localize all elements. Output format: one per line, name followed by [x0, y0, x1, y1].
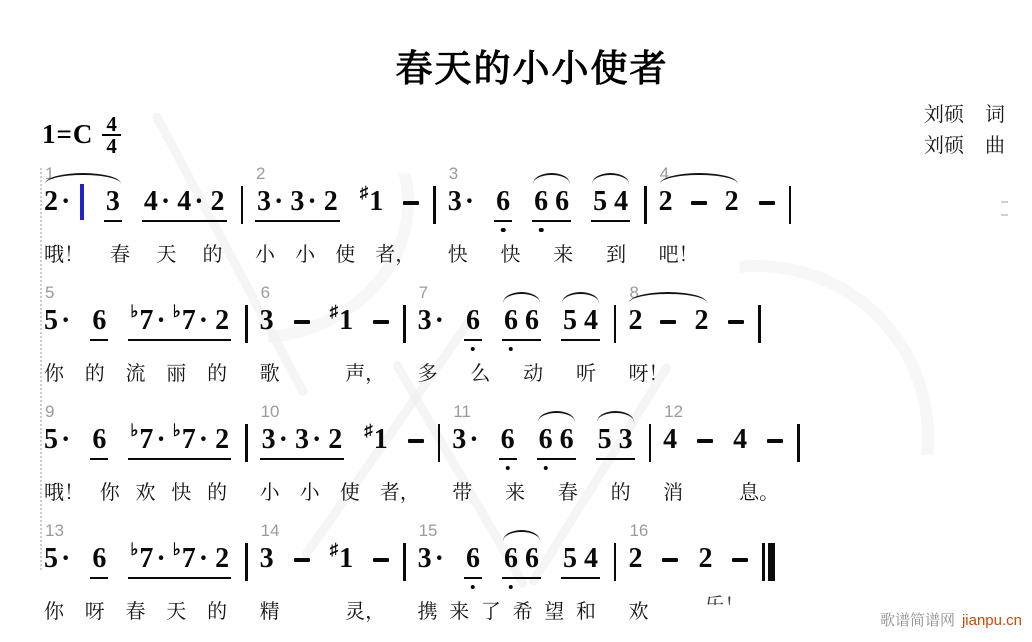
low-octave-dot	[543, 466, 548, 471]
lyric: 小	[260, 476, 280, 505]
lyric: 欢	[628, 595, 648, 624]
notes-row: 44	[663, 424, 783, 464]
note: 4	[584, 305, 598, 337]
note-digit: 2	[659, 186, 673, 218]
low-octave-dot	[509, 347, 514, 352]
underlined-run: 6	[494, 186, 512, 222]
low-octave-dot	[505, 466, 510, 471]
note: 2	[215, 543, 229, 575]
measure-number: 10	[261, 402, 280, 422]
duration-dash	[294, 320, 310, 324]
notes-row: 3♯1	[260, 305, 390, 345]
note-digit: 1	[369, 186, 383, 218]
note: 4	[663, 424, 677, 456]
key-time-signature: 1=C 4 4	[42, 113, 121, 155]
duration-dash	[691, 201, 707, 205]
note: 5·	[44, 305, 70, 337]
flat-icon: ♭	[130, 303, 138, 320]
slurred-note-group: 66	[502, 543, 541, 579]
note: ♭7·	[130, 424, 165, 456]
dot-after: ·	[435, 305, 444, 337]
lyrics-row: 带来春的	[452, 476, 634, 505]
note: ♭7·	[173, 305, 208, 337]
measure-7: 73·66654多么动听	[418, 283, 600, 386]
note: 3·	[452, 424, 478, 456]
dot-after: ·	[156, 543, 165, 575]
lyric: 来	[449, 595, 469, 624]
note: 2	[215, 305, 229, 337]
underlined-run: 3·3·2	[255, 186, 340, 222]
barline	[438, 424, 441, 462]
lyric: 使	[335, 238, 355, 267]
note-run	[767, 424, 783, 443]
underlined-run: 4·4·2	[142, 186, 227, 222]
note-digit: 6	[501, 424, 515, 456]
measure-15: 153·66654携来了希望和	[418, 521, 600, 624]
slurred-note-group: 2·3	[44, 186, 122, 222]
note: ♯1	[360, 186, 384, 218]
note-group: 6	[90, 424, 108, 460]
note-digit: 6	[560, 424, 574, 456]
lyrics-row: 吧！	[659, 238, 775, 267]
note-digit: 6	[466, 543, 480, 575]
lyric: 者，	[375, 238, 415, 267]
note: 6	[525, 305, 539, 337]
note-digit: 2	[628, 305, 642, 337]
dot-after: ·	[307, 186, 316, 218]
note-run	[408, 424, 424, 443]
underlined-run: 66	[502, 305, 541, 341]
note-digit: 3	[418, 305, 432, 337]
note-digit: 7	[139, 424, 153, 456]
dot-after: ·	[465, 186, 474, 218]
dot-after: ·	[199, 543, 208, 575]
lyric: 声，	[345, 357, 385, 386]
note: 6	[560, 424, 574, 456]
note-digit: 6	[504, 543, 518, 575]
time-signature: 4 4	[102, 115, 121, 155]
underlined-run: 54	[591, 186, 630, 222]
note-digit: 2	[215, 305, 229, 337]
note-group: 3·	[448, 186, 474, 218]
underlined-run: 66	[532, 186, 571, 222]
underlined-run: 54	[561, 305, 600, 341]
note-digit: 7	[139, 305, 153, 337]
underlined-run: 54	[561, 543, 600, 579]
note-run	[728, 305, 744, 324]
note-run	[759, 186, 775, 205]
note-digit: 7	[182, 305, 196, 337]
time-signature-denominator: 4	[106, 136, 117, 155]
site-url-link[interactable]: jianpu.cn	[962, 612, 1022, 629]
note-group: ♭7·♭7·2	[128, 424, 231, 460]
note-digit: 2	[725, 186, 739, 218]
note-group: 4	[733, 424, 747, 456]
lyric: 者，	[380, 476, 420, 505]
lyrics-row: 呀！	[628, 357, 744, 386]
note-group	[697, 424, 713, 443]
duration-dash	[732, 558, 748, 562]
note: 3·	[257, 186, 283, 218]
notes-row: 3♯1	[260, 543, 390, 583]
measure-number: 9	[45, 402, 54, 422]
note-group: 54	[561, 543, 600, 579]
note-digit: 6	[525, 305, 539, 337]
note-digit: 2	[698, 543, 712, 575]
note: 6	[496, 186, 510, 218]
note-digit: 3	[619, 424, 633, 456]
note: 5	[563, 543, 577, 575]
note-digit: 4	[663, 424, 677, 456]
note: ♭7·	[130, 543, 165, 575]
lyrics-row: 歌声，	[260, 357, 390, 386]
lyric: 的	[207, 357, 227, 386]
note: ♭7·	[130, 305, 165, 337]
note: 2	[698, 543, 712, 575]
notes-row: 3·3·2♯1	[255, 186, 419, 226]
measure-number: 3	[449, 164, 458, 184]
measure-13: 135·6♭7·♭7·2你呀春天的	[44, 521, 231, 624]
dot-after: ·	[194, 186, 203, 218]
lyric: 望	[544, 595, 564, 624]
note-digit: 6	[496, 186, 510, 218]
lyric: 春	[110, 238, 130, 267]
note: 6	[504, 543, 518, 575]
lyric: 来	[553, 238, 573, 267]
note-group	[732, 543, 748, 562]
note-digit: 7	[182, 543, 196, 575]
note: 2·	[44, 186, 70, 218]
lyric: 多	[418, 357, 438, 386]
underlined-run: 6	[464, 543, 482, 579]
duration-dash	[373, 320, 389, 324]
lyric: 呀！	[628, 357, 668, 386]
note-run: ♯1	[360, 186, 384, 218]
lyric: 的	[611, 476, 631, 505]
barline	[797, 424, 800, 462]
dot-after: ·	[279, 424, 288, 456]
lyric: 春	[126, 595, 146, 624]
lyric: 流	[126, 357, 146, 386]
lyric: 丽	[166, 357, 186, 386]
lyric: 希	[513, 595, 533, 624]
note-digit: 6	[539, 424, 553, 456]
lyrics-row: 小小使者，	[255, 238, 419, 267]
note-digit: 6	[555, 186, 569, 218]
lyric: 灵，	[345, 595, 385, 624]
measure-11: 113·66653带来春的	[452, 402, 634, 505]
note-group	[662, 543, 678, 562]
duration-dash	[697, 439, 713, 443]
underlined-run: 66	[502, 543, 541, 579]
lyric: 欢	[136, 476, 156, 505]
measure-number: 12	[664, 402, 683, 422]
note-group: ♭7·♭7·2	[128, 305, 231, 341]
note-digit: 2	[211, 186, 225, 218]
flat-icon: ♭	[130, 422, 138, 439]
site-name: 歌谱简谱网	[880, 609, 955, 630]
note: 6	[501, 424, 515, 456]
measure-1: 12·34·4·2哦！春天的	[44, 164, 227, 267]
note: 2	[324, 186, 338, 218]
dot-after: ·	[156, 424, 165, 456]
note-run: 2	[698, 543, 712, 575]
note-run: 22	[659, 186, 739, 218]
underlined-run: 53	[596, 424, 635, 460]
underlined-run: 6	[90, 543, 108, 579]
lyric: 哦！	[44, 476, 84, 505]
note: ♭7·	[173, 543, 208, 575]
lyric: 哦！	[44, 238, 84, 267]
dot-after: ·	[312, 424, 321, 456]
playback-cursor	[80, 184, 84, 220]
measure-12: 1244消息。	[663, 402, 783, 505]
note: 5	[563, 305, 577, 337]
lyric: 动	[523, 357, 543, 386]
note: 3·	[418, 305, 444, 337]
slurred-note-group: 66	[502, 305, 541, 341]
note-group	[408, 424, 424, 443]
note-digit: 2	[628, 543, 642, 575]
notes-row: 5·6♭7·♭7·2	[44, 543, 231, 583]
lyric: 的	[203, 238, 223, 267]
note-run: ♯1	[330, 543, 354, 575]
note-digit: 6	[525, 543, 539, 575]
notes-row: 3·66653	[452, 424, 634, 464]
lyrics-row: 哦！你欢快的	[44, 476, 231, 505]
barline	[649, 424, 652, 462]
dot-after: ·	[274, 186, 283, 218]
note-group	[767, 424, 783, 443]
note-digit: 4	[614, 186, 628, 218]
barline	[245, 543, 248, 581]
lyrics-row: 多么动听	[418, 357, 600, 386]
dot-after: ·	[435, 543, 444, 575]
note-group: ♯1	[330, 543, 354, 575]
notes-row: 22	[628, 305, 744, 345]
barline	[403, 305, 406, 343]
lyric: 歌	[260, 357, 280, 386]
notes-row: 3·66654	[418, 543, 600, 583]
note-digit: 1	[374, 424, 388, 456]
note-digit: 4	[584, 305, 598, 337]
duration-dash	[294, 558, 310, 562]
flat-icon: ♭	[173, 303, 181, 320]
final-barline	[762, 543, 775, 581]
note: 3	[260, 543, 274, 575]
lyrics-row: 欢乐！	[628, 595, 748, 624]
note-digit: 2	[328, 424, 342, 456]
barline	[789, 186, 792, 224]
low-octave-dot	[501, 228, 506, 233]
edge-artifact	[1001, 214, 1008, 216]
lyric: 使	[340, 476, 360, 505]
final-barline-thin	[762, 543, 765, 581]
lyrics-row: 携来了希望和	[418, 595, 600, 624]
dot-after: ·	[199, 424, 208, 456]
note-digit: 5	[563, 305, 577, 337]
barline	[245, 424, 248, 462]
note-digit: 3	[260, 305, 274, 337]
note-digit: 5	[563, 543, 577, 575]
lyric: 的	[85, 357, 105, 386]
duration-dash	[403, 201, 419, 205]
measure-9: 95·6♭7·♭7·2哦！你欢快的	[44, 402, 231, 505]
lyric: 你	[100, 476, 120, 505]
dot-after: ·	[61, 543, 70, 575]
note-run	[294, 305, 310, 324]
note-group: ♯1	[360, 186, 384, 218]
note-run: ♯1	[330, 305, 354, 337]
note-group: 3·3·2	[255, 186, 340, 222]
underlined-run: 6	[499, 424, 517, 460]
note-digit: 6	[504, 305, 518, 337]
note: 6	[555, 186, 569, 218]
flat-icon: ♭	[173, 541, 181, 558]
note: 5·	[44, 424, 70, 456]
lyric: 天	[156, 238, 176, 267]
measure-number: 14	[261, 521, 280, 541]
lyric: 小	[300, 476, 320, 505]
note-run	[373, 543, 389, 562]
score-line-3: 95·6♭7·♭7·2哦！你欢快的103·3·2♯1小小使者，113·66653…	[44, 402, 812, 505]
note-digit: 7	[182, 424, 196, 456]
note-run: ♯1	[364, 424, 388, 456]
score-line-4: 135·6♭7·♭7·2你呀春天的143♯1精灵，153·66654携来了希望和…	[44, 521, 812, 624]
note: 2	[628, 543, 642, 575]
lyric: 你	[44, 595, 64, 624]
underlined-run: 6	[464, 305, 482, 341]
note: 6	[92, 543, 106, 575]
note-group: ♭7·♭7·2	[128, 543, 231, 579]
notes-row: 3·3·2♯1	[260, 424, 424, 464]
lyrics-row: 你的流丽的	[44, 357, 231, 386]
measure-3: 33·66654快快来到	[448, 164, 630, 267]
note-run: 3·	[418, 543, 444, 575]
measure-14: 143♯1精灵，	[260, 521, 390, 624]
note-group: 3·	[452, 424, 478, 456]
note-group: 6	[464, 305, 482, 341]
note-run	[662, 543, 678, 562]
note-run	[697, 424, 713, 443]
note: ♯1	[330, 543, 354, 575]
barline	[644, 186, 647, 224]
lyrics-row: 消息。	[663, 476, 783, 505]
note: 2	[328, 424, 342, 456]
lyric: 听	[576, 357, 596, 386]
slurred-note-group: 22	[628, 305, 708, 337]
note: ♯1	[364, 424, 388, 456]
note: 3	[106, 186, 120, 218]
note-group: 3·	[418, 543, 444, 575]
note-digit: 5	[44, 305, 58, 337]
measure-number: 2	[256, 164, 265, 184]
note: 5	[593, 186, 607, 218]
measure-number: 5	[45, 283, 54, 303]
note: 6	[466, 305, 480, 337]
note: 2	[694, 305, 708, 337]
note: 4	[614, 186, 628, 218]
note-digit: 3	[260, 543, 274, 575]
key-signature: 1=C	[42, 119, 93, 150]
note-run: 3·	[418, 305, 444, 337]
left-margin-dotted-line	[40, 168, 42, 570]
note-run: 5·	[44, 424, 70, 456]
dot-after: ·	[469, 424, 478, 456]
note: 3·	[418, 543, 444, 575]
notes-row: 3·66654	[418, 305, 600, 345]
note-digit: 3	[418, 543, 432, 575]
slurred-note-group: 22	[659, 186, 739, 218]
underlined-run: 3	[104, 186, 122, 222]
note-group: 5·	[44, 543, 70, 575]
barline	[241, 186, 244, 224]
edge-artifact	[1001, 201, 1008, 203]
lyric: 到	[606, 238, 626, 267]
note: 6	[534, 186, 548, 218]
dot-after: ·	[199, 305, 208, 337]
note-digit: 6	[534, 186, 548, 218]
note-group	[373, 305, 389, 324]
lyric: 天	[166, 595, 186, 624]
note-group: ♯1	[364, 424, 388, 456]
flat-icon: ♭	[130, 541, 138, 558]
note: 6	[539, 424, 553, 456]
low-octave-dot	[471, 585, 476, 590]
note-digit: 3	[106, 186, 120, 218]
music-score: 12·34·4·2哦！春天的23·3·2♯1小小使者，33·66654快快来到4…	[44, 164, 812, 640]
underlined-run: ♭7·♭7·2	[128, 543, 231, 579]
underlined-run: 66	[537, 424, 576, 460]
note: 3·	[290, 186, 316, 218]
lyrics-row: 精灵，	[260, 595, 390, 624]
note-digit: 1	[339, 543, 353, 575]
measure-4: 422吧！	[659, 164, 775, 267]
final-barline-thick	[768, 543, 775, 581]
note-group: 6	[90, 305, 108, 341]
low-octave-dot	[509, 585, 514, 590]
slurred-note-group: 53	[596, 424, 635, 460]
note-group: ♯1	[330, 305, 354, 337]
note: ♯1	[330, 305, 354, 337]
slurred-note-group: 54	[561, 305, 600, 341]
lyrics-row: 你呀春天的	[44, 595, 231, 624]
note-group: 2	[628, 543, 642, 575]
note-digit: 3	[262, 424, 276, 456]
duration-dash	[662, 558, 678, 562]
measure-6: 63♯1歌声，	[260, 283, 390, 386]
measure-number: 15	[419, 521, 438, 541]
note-group: 3	[260, 543, 274, 575]
note-group: 6	[499, 424, 517, 460]
lyric: 乐！	[704, 595, 744, 605]
measure-5: 55·6♭7·♭7·2你的流丽的	[44, 283, 231, 386]
note-digit: 1	[339, 305, 353, 337]
note: 4	[584, 543, 598, 575]
measure-10: 103·3·2♯1小小使者，	[260, 402, 424, 505]
time-signature-numerator: 4	[102, 115, 121, 136]
dot-after: ·	[161, 186, 170, 218]
dot-after: ·	[156, 305, 165, 337]
note-digit: 6	[92, 424, 106, 456]
note: 6	[525, 543, 539, 575]
note-digit: 4	[177, 186, 191, 218]
note-group: 5·	[44, 305, 70, 337]
note: 3·	[448, 186, 474, 218]
barline	[433, 186, 436, 224]
score-line-1: 12·34·4·2哦！春天的23·3·2♯1小小使者，33·66654快快来到4…	[44, 164, 812, 267]
note-digit: 3	[448, 186, 462, 218]
